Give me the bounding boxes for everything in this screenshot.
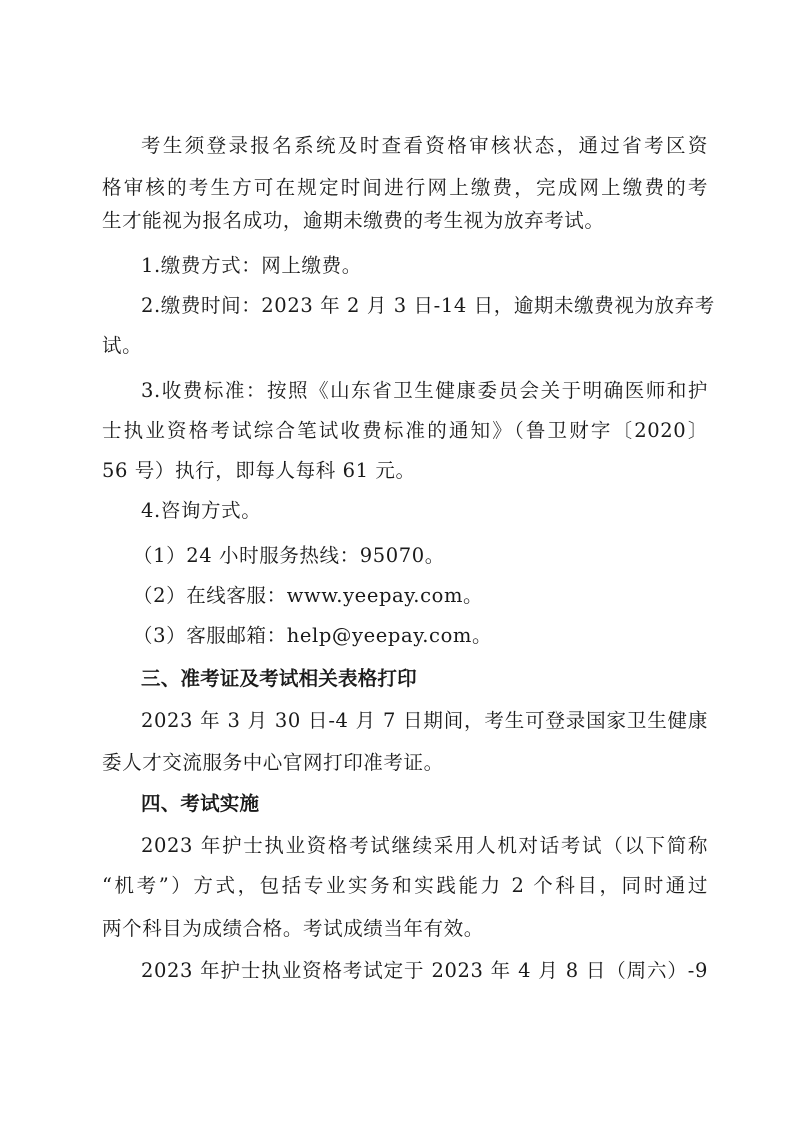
paragraph-line: 生才能视为报名成功，逾期未缴费的考生视为放弃考试。 (102, 209, 708, 233)
exam-date-line: 2023 年护士执业资格考试定于 2023 年 4 月 8 日（周六）-9 (141, 959, 708, 983)
fee-standard-line: 56 号）执行，即每人每科 61 元。 (102, 459, 708, 483)
exam-format-line: 2023 年护士执业资格考试继续采用人机对话考试（以下简称 (141, 834, 708, 858)
fee-standard-line: 士执业资格考试综合笔试收费标准的通知》（鲁卫财字〔2020〕 (102, 419, 708, 443)
consult-heading-line: 4.咨询方式。 (141, 499, 708, 523)
admission-print-line: 委人才交流服务中心官网打印准考证。 (102, 751, 708, 775)
online-service-line: （2）在线客服：www.yeepay.com。 (133, 584, 708, 608)
section-heading-3: 三、准考证及考试相关表格打印 (141, 667, 708, 691)
document-page: 考生须登录报名系统及时查看资格审核状态，通过省考区资 格审核的考生方可在规定时间… (0, 0, 793, 1122)
exam-format-line: “机考”）方式，包括专业实务和实践能力 2 个科目，同时通过 (102, 874, 708, 898)
exam-format-line: 两个科目为成绩合格。考试成绩当年有效。 (102, 917, 708, 941)
email-line: （3）客服邮箱：help@yeepay.com。 (133, 624, 708, 648)
paragraph-line: 考生须登录报名系统及时查看资格审核状态，通过省考区资 (141, 134, 708, 158)
fee-standard-line: 3.收费标准：按照《山东省卫生健康委员会关于明确医师和护 (141, 379, 708, 403)
hotline-line: （1）24 小时服务热线：95070。 (133, 544, 708, 568)
paragraph-line: 格审核的考生方可在规定时间进行网上缴费，完成网上缴费的考 (102, 176, 708, 200)
section-heading-4: 四、考试实施 (141, 792, 708, 816)
payment-time-line: 2.缴费时间：2023 年 2 月 3 日-14 日，逾期未缴费视为放弃考 (141, 294, 708, 318)
admission-print-line: 2023 年 3 月 30 日-4 月 7 日期间，考生可登录国家卫生健康 (141, 709, 708, 733)
payment-time-line: 试。 (102, 334, 708, 358)
payment-method-line: 1.缴费方式：网上缴费。 (141, 254, 708, 278)
